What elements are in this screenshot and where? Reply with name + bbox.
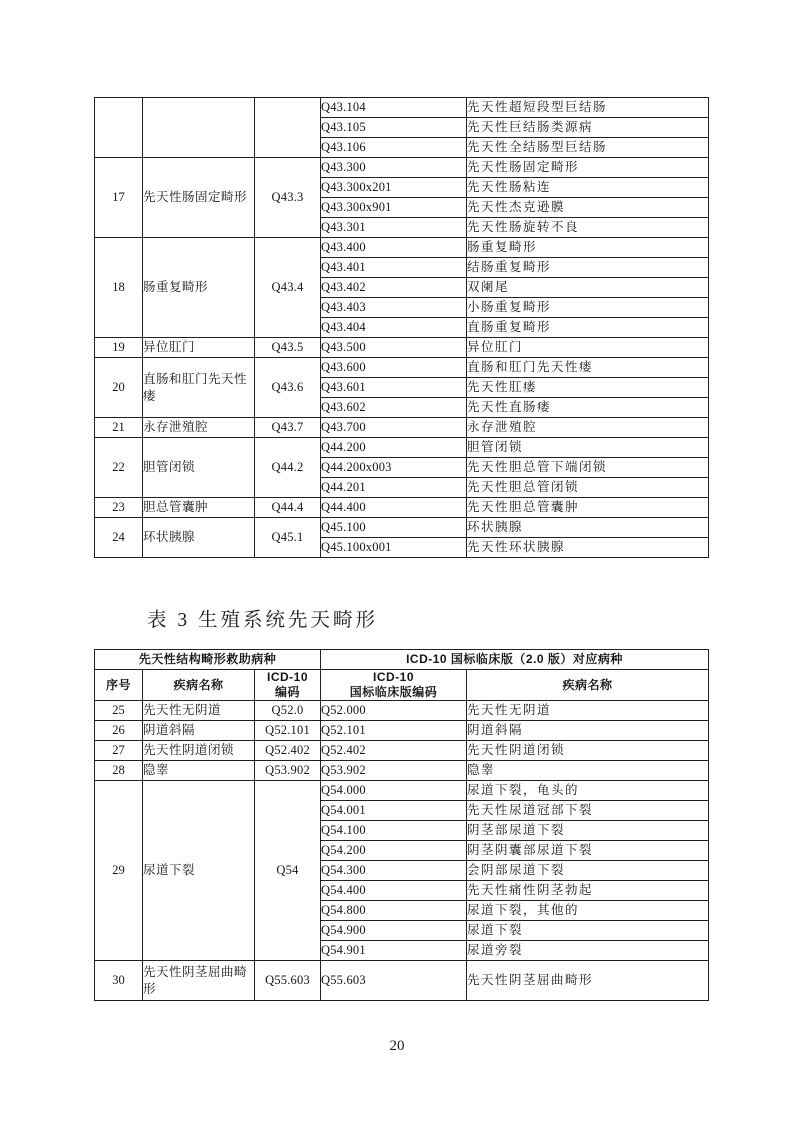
cell-national-code: Q54.400 xyxy=(321,881,467,901)
header-rescue-group: 先天性结构畸形救助病种 xyxy=(95,650,321,670)
cell-disease: 先天性无阴道 xyxy=(143,701,255,721)
cell-disease-name: 阴茎阴囊部尿道下裂 xyxy=(467,841,709,861)
cell-icd: Q52.0 xyxy=(255,701,321,721)
cell-disease-name: 结肠重复畸形 xyxy=(467,258,709,278)
cell-national-code: Q44.201 xyxy=(321,478,467,498)
cell-disease-name: 先天性巨结肠类源病 xyxy=(467,118,709,138)
cell-seq: 27 xyxy=(95,741,143,761)
cell-icd: Q44.2 xyxy=(255,438,321,498)
cell-national-code: Q43.403 xyxy=(321,298,467,318)
cell-disease: 先天性肠固定畸形 xyxy=(143,158,255,238)
cell-national-code: Q54.800 xyxy=(321,901,467,921)
table-row: 28 隐睾 Q53.902 Q53.902 隐睾 xyxy=(95,761,709,781)
cell-national-code: Q43.402 xyxy=(321,278,467,298)
cell-disease-name: 尿道下裂，其他的 xyxy=(467,901,709,921)
cell-icd xyxy=(255,98,321,158)
header-icd-code: ICD-10 编码 xyxy=(255,670,321,701)
cell-seq: 30 xyxy=(95,961,143,1001)
cell-national-code: Q43.600 xyxy=(321,358,467,378)
cell-seq: 21 xyxy=(95,418,143,438)
cell-disease-name: 小肠重复畸形 xyxy=(467,298,709,318)
cell-national-code: Q44.200x003 xyxy=(321,458,467,478)
cell-national-code: Q43.500 xyxy=(321,338,467,358)
cell-disease-name: 胆管闭锁 xyxy=(467,438,709,458)
cell-national-code: Q43.105 xyxy=(321,118,467,138)
cell-national-code: Q52.000 xyxy=(321,701,467,721)
cell-disease-name: 双阑尾 xyxy=(467,278,709,298)
cell-national-code: Q52.101 xyxy=(321,721,467,741)
cell-disease-name: 尿道下裂，龟头的 xyxy=(467,781,709,801)
cell-disease: 永存泄殖腔 xyxy=(143,418,255,438)
cell-disease-name: 先天性肠固定畸形 xyxy=(467,158,709,178)
cell-disease-name: 先天性直肠瘘 xyxy=(467,398,709,418)
cell-disease-name: 异位肛门 xyxy=(467,338,709,358)
cell-disease: 尿道下裂 xyxy=(143,781,255,961)
header-icd-group: ICD-10 国标临床版（2.0 版）对应病种 xyxy=(321,650,709,670)
cell-seq: 29 xyxy=(95,781,143,961)
cell-disease: 直肠和肛门先天性瘘 xyxy=(143,358,255,418)
cell-disease-name: 先天性阴茎屈曲畸形 xyxy=(467,961,709,1001)
cell-disease-name: 先天性阴道闭锁 xyxy=(467,741,709,761)
table-header-row: 先天性结构畸形救助病种 ICD-10 国标临床版（2.0 版）对应病种 xyxy=(95,650,709,670)
cell-disease: 环状胰腺 xyxy=(143,518,255,558)
cell-national-code: Q43.300 xyxy=(321,158,467,178)
cell-national-code: Q54.901 xyxy=(321,941,467,961)
cell-national-code: Q54.001 xyxy=(321,801,467,821)
cell-disease: 先天性阴茎屈曲畸形 xyxy=(143,961,255,1001)
cell-disease: 隐睾 xyxy=(143,761,255,781)
cell-national-code: Q54.100 xyxy=(321,821,467,841)
cell-national-code: Q43.401 xyxy=(321,258,467,278)
cell-disease-name: 先天性环状胰腺 xyxy=(467,538,709,558)
cell-disease: 胆管闭锁 xyxy=(143,438,255,498)
cell-national-code: Q54.200 xyxy=(321,841,467,861)
cell-seq: 19 xyxy=(95,338,143,358)
cell-icd: Q54 xyxy=(255,781,321,961)
cell-icd: Q52.402 xyxy=(255,741,321,761)
header-national-code-line2: 国标临床版编码 xyxy=(321,685,466,700)
cell-disease-name: 尿道旁裂 xyxy=(467,941,709,961)
cell-icd: Q52.101 xyxy=(255,721,321,741)
table3-heading: 表 3 生殖系统先天畸形 xyxy=(147,604,378,632)
cell-national-code: Q54.900 xyxy=(321,921,467,941)
cell-national-code: Q44.400 xyxy=(321,498,467,518)
cell-seq: 26 xyxy=(95,721,143,741)
cell-seq: 18 xyxy=(95,238,143,338)
cell-disease-name: 直肠和肛门先天性瘘 xyxy=(467,358,709,378)
table-header-row: 序号 疾病名称 ICD-10 编码 ICD-10 国标临床版编码 疾病名称 xyxy=(95,670,709,701)
cell-seq: 23 xyxy=(95,498,143,518)
header-disease: 疾病名称 xyxy=(143,670,255,701)
cell-disease-name: 隐睾 xyxy=(467,761,709,781)
table-row: 22 胆管闭锁 Q44.2 Q44.200 胆管闭锁 xyxy=(95,438,709,458)
cell-icd: Q43.6 xyxy=(255,358,321,418)
cell-disease-name: 先天性超短段型巨结肠 xyxy=(467,98,709,118)
table-row: 29 尿道下裂 Q54 Q54.000 尿道下裂，龟头的 xyxy=(95,781,709,801)
table-row: 20 直肠和肛门先天性瘘 Q43.6 Q43.600 直肠和肛门先天性瘘 xyxy=(95,358,709,378)
cell-disease-name: 会阴部尿道下裂 xyxy=(467,861,709,881)
cell-disease-name: 先天性胆总管闭锁 xyxy=(467,478,709,498)
cell-national-code: Q43.601 xyxy=(321,378,467,398)
table-row: 17 先天性肠固定畸形 Q43.3 Q43.300 先天性肠固定畸形 xyxy=(95,158,709,178)
cell-national-code: Q54.000 xyxy=(321,781,467,801)
cell-disease-name: 直肠重复畸形 xyxy=(467,318,709,338)
cell-national-code: Q43.104 xyxy=(321,98,467,118)
cell-disease-name: 环状胰腺 xyxy=(467,518,709,538)
cell-national-code: Q44.200 xyxy=(321,438,467,458)
cell-national-code: Q45.100x001 xyxy=(321,538,467,558)
table-row: 18 肠重复畸形 Q43.4 Q43.400 肠重复畸形 xyxy=(95,238,709,258)
cell-disease-name: 先天性无阴道 xyxy=(467,701,709,721)
cell-icd: Q43.4 xyxy=(255,238,321,338)
cell-icd: Q53.902 xyxy=(255,761,321,781)
cell-disease-name: 先天性肛瘘 xyxy=(467,378,709,398)
cell-disease-name: 先天性全结肠型巨结肠 xyxy=(467,138,709,158)
cell-icd: Q55.603 xyxy=(255,961,321,1001)
cell-icd: Q43.7 xyxy=(255,418,321,438)
cell-icd: Q44.4 xyxy=(255,498,321,518)
cell-disease: 肠重复畸形 xyxy=(143,238,255,338)
cell-national-code: Q43.400 xyxy=(321,238,467,258)
header-icd-code-line2: 编码 xyxy=(255,685,320,700)
genital-congenital-table: 先天性结构畸形救助病种 ICD-10 国标临床版（2.0 版）对应病种 序号 疾… xyxy=(94,649,709,1001)
congenital-table-continued: Q43.104 先天性超短段型巨结肠 Q43.105 先天性巨结肠类源病 Q43… xyxy=(94,97,709,558)
header-national-code: ICD-10 国标临床版编码 xyxy=(321,670,467,701)
cell-national-code: Q55.603 xyxy=(321,961,467,1001)
cell-national-code: Q43.602 xyxy=(321,398,467,418)
cell-national-code: Q43.300x901 xyxy=(321,198,467,218)
cell-national-code: Q52.402 xyxy=(321,741,467,761)
cell-disease-name: 先天性肠旋转不良 xyxy=(467,218,709,238)
cell-disease-name: 先天性杰克逊膜 xyxy=(467,198,709,218)
cell-disease-name: 永存泄殖腔 xyxy=(467,418,709,438)
table-row: 26 阴道斜隔 Q52.101 Q52.101 阴道斜隔 xyxy=(95,721,709,741)
cell-national-code: Q43.404 xyxy=(321,318,467,338)
table-row: 21 永存泄殖腔 Q43.7 Q43.700 永存泄殖腔 xyxy=(95,418,709,438)
table-row: 30 先天性阴茎屈曲畸形 Q55.603 Q55.603 先天性阴茎屈曲畸形 xyxy=(95,961,709,1001)
cell-disease-name: 先天性尿道冠部下裂 xyxy=(467,801,709,821)
cell-disease: 先天性阴道闭锁 xyxy=(143,741,255,761)
cell-disease: 异位肛门 xyxy=(143,338,255,358)
cell-national-code: Q43.301 xyxy=(321,218,467,238)
header-disease-right: 疾病名称 xyxy=(467,670,709,701)
cell-disease: 阴道斜隔 xyxy=(143,721,255,741)
table-row: 25 先天性无阴道 Q52.0 Q52.000 先天性无阴道 xyxy=(95,701,709,721)
cell-disease-name: 阴茎部尿道下裂 xyxy=(467,821,709,841)
cell-disease-name: 肠重复畸形 xyxy=(467,238,709,258)
cell-disease-name: 阴道斜隔 xyxy=(467,721,709,741)
cell-seq: 22 xyxy=(95,438,143,498)
header-icd-code-line1: ICD-10 xyxy=(255,670,320,685)
table-row: 23 胆总管囊肿 Q44.4 Q44.400 先天性胆总管囊肿 xyxy=(95,498,709,518)
document-page: Q43.104 先天性超短段型巨结肠 Q43.105 先天性巨结肠类源病 Q43… xyxy=(0,0,794,1123)
header-seq: 序号 xyxy=(95,670,143,701)
cell-icd: Q45.1 xyxy=(255,518,321,558)
cell-disease-name: 先天性痛性阴茎勃起 xyxy=(467,881,709,901)
cell-national-code: Q43.700 xyxy=(321,418,467,438)
cell-disease: 胆总管囊肿 xyxy=(143,498,255,518)
table-row: 27 先天性阴道闭锁 Q52.402 Q52.402 先天性阴道闭锁 xyxy=(95,741,709,761)
cell-disease xyxy=(143,98,255,158)
page-number: 20 xyxy=(0,1038,794,1055)
cell-national-code: Q43.106 xyxy=(321,138,467,158)
cell-seq: 28 xyxy=(95,761,143,781)
cell-icd: Q43.3 xyxy=(255,158,321,238)
cell-national-code: Q53.902 xyxy=(321,761,467,781)
cell-disease-name: 先天性肠粘连 xyxy=(467,178,709,198)
table-row: 19 异位肛门 Q43.5 Q43.500 异位肛门 xyxy=(95,338,709,358)
cell-national-code: Q54.300 xyxy=(321,861,467,881)
table-row: Q43.104 先天性超短段型巨结肠 xyxy=(95,98,709,118)
cell-seq xyxy=(95,98,143,158)
cell-seq: 25 xyxy=(95,701,143,721)
cell-disease-name: 尿道下裂 xyxy=(467,921,709,941)
header-national-code-line1: ICD-10 xyxy=(321,670,466,685)
cell-seq: 20 xyxy=(95,358,143,418)
cell-national-code: Q43.300x201 xyxy=(321,178,467,198)
cell-national-code: Q45.100 xyxy=(321,518,467,538)
cell-disease-name: 先天性胆总管下端闭锁 xyxy=(467,458,709,478)
cell-icd: Q43.5 xyxy=(255,338,321,358)
cell-seq: 24 xyxy=(95,518,143,558)
cell-seq: 17 xyxy=(95,158,143,238)
table-row: 24 环状胰腺 Q45.1 Q45.100 环状胰腺 xyxy=(95,518,709,538)
cell-disease-name: 先天性胆总管囊肿 xyxy=(467,498,709,518)
